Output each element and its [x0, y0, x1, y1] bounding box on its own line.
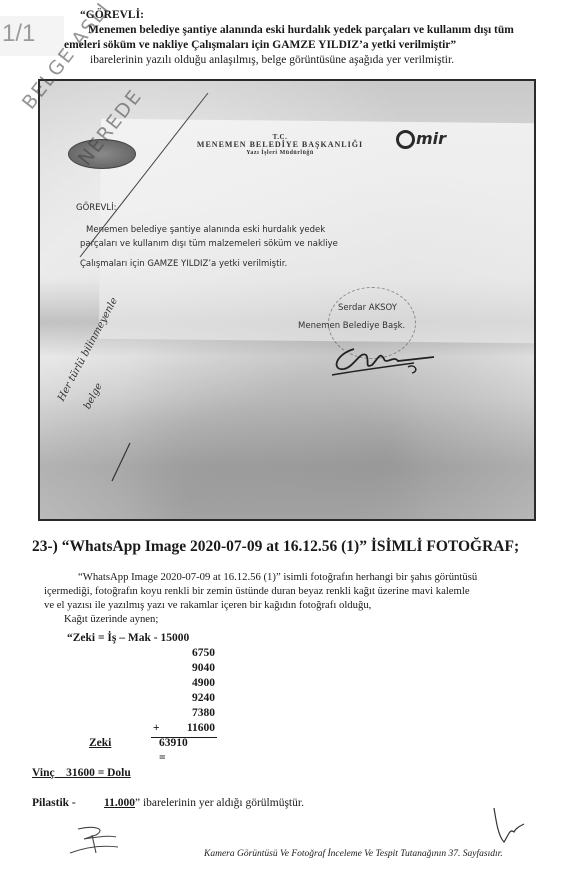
pilastik-value: 11.000	[104, 797, 135, 809]
quoted-text-block: “GÖREVLİ: Menemen belediye şantiye alanı…	[74, 8, 514, 68]
quote-line: ibarelerinin yazılı olduğu anlaşılmış, b…	[74, 53, 514, 68]
para-line: içermediği, fotoğrafın koyu renkli bir z…	[44, 584, 556, 598]
calc-value: 9040	[67, 661, 215, 676]
pilastik-rest: ” ibarelerinin yer aldığı görülmüştür.	[135, 797, 304, 809]
page-footer: Kamera Görüntüsü Ve Fotoğraf İnceleme Ve…	[204, 849, 503, 859]
page-counter-badge: 1/1	[0, 16, 64, 56]
pilastik-label: Pilastik -	[32, 797, 104, 809]
calc-first-row: “Zeki = İş – Mak - 15000	[67, 631, 189, 646]
calc-value: 4900	[67, 676, 215, 691]
initials-signature-icon	[66, 823, 126, 859]
calc-value: 7380	[67, 706, 215, 721]
quote-line: “GÖREVLİ:	[74, 8, 514, 23]
para-line: Kağıt üzerinde aynen;	[44, 612, 556, 626]
calc-total-label: Zeki	[89, 736, 111, 751]
calc-total-value: 63910 =	[159, 736, 188, 766]
para-line: “WhatsApp Image 2020-07-09 at 16.12.56 (…	[44, 570, 556, 584]
calc-value: 6750	[67, 646, 215, 661]
quote-line: Menemen belediye şantiye alanında eski h…	[74, 23, 514, 38]
calc-value: 11600	[67, 721, 215, 736]
section-paragraph: “WhatsApp Image 2020-07-09 at 16.12.56 (…	[44, 570, 556, 626]
pilastik-line: Pilastik -11.000” ibarelerinin yer aldığ…	[32, 797, 304, 809]
section-title: 23-) “WhatsApp Image 2020-07-09 at 16.12…	[32, 538, 519, 556]
vinc-line: Vinç 31600 = Dolu	[32, 767, 131, 779]
para-line: ve el yazısı ile yazılmış yazı ve rakaml…	[44, 598, 556, 612]
quote-line: emeleri söküm ve nakliye Çalışmaları içi…	[64, 38, 514, 53]
initials-signature-icon	[488, 806, 528, 846]
calc-value: 9240	[67, 691, 215, 706]
